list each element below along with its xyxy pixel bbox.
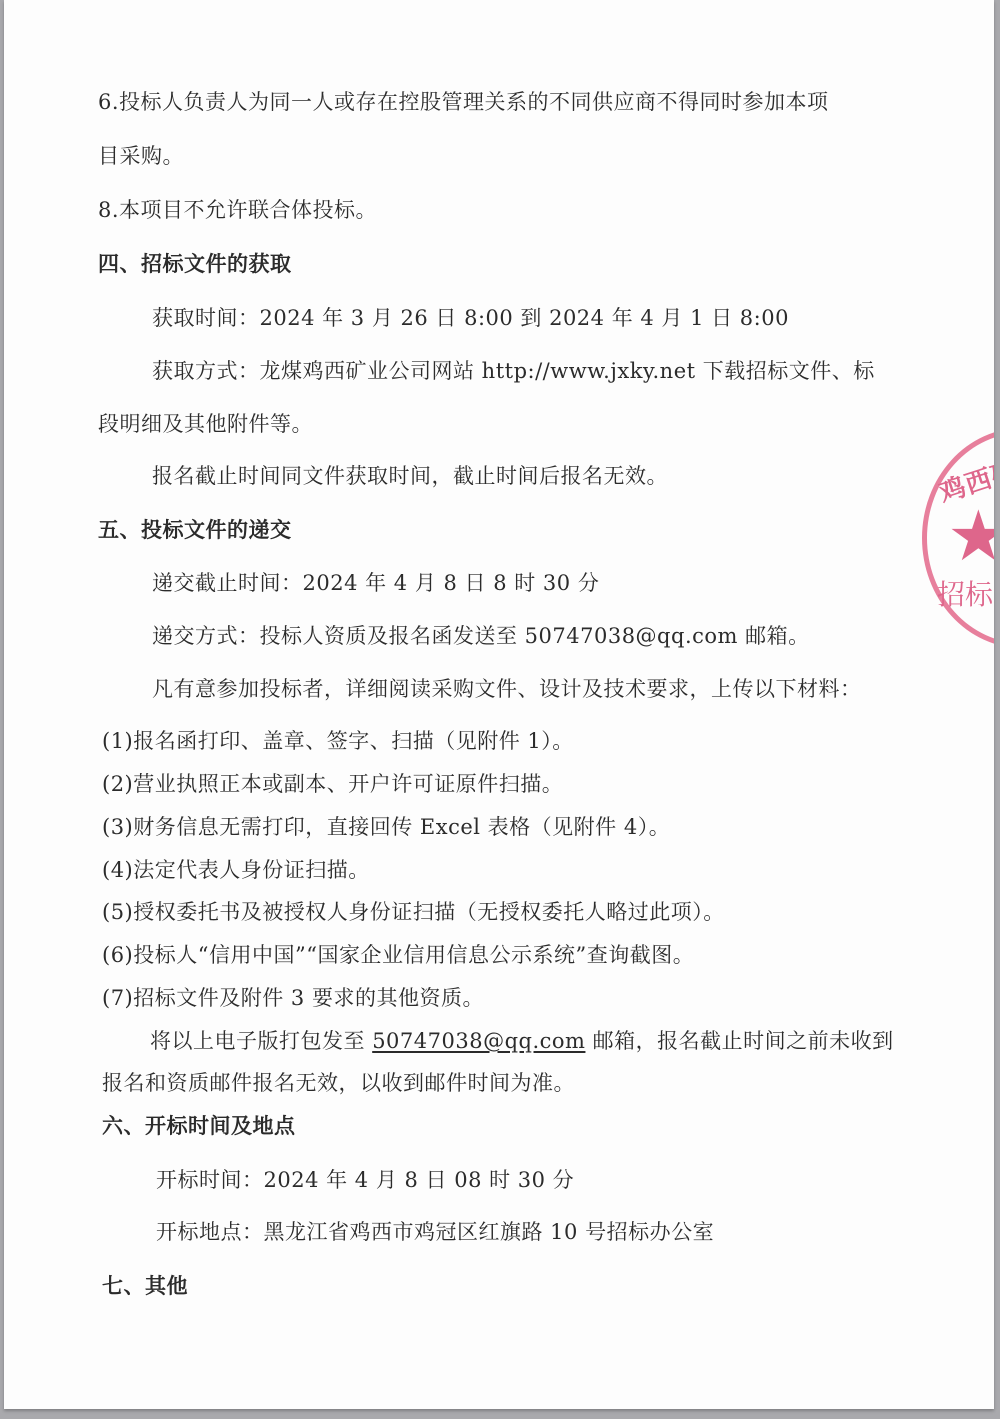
document-page: 6.投标人负责人为同一人或存在控股管理关系的不同供应商不得同时参加本项 目采购。…: [4, 0, 994, 1409]
official-seal-stamp: 鸡西矿业 ★ 招标办: [922, 428, 994, 648]
acquire-time: 获取时间：2024 年 3 月 26 日 8:00 到 2024 年 4 月 1…: [152, 304, 789, 332]
send-instructions-line-2: 报名和资质邮件报名无效，以收到邮件时间为准。: [102, 1069, 575, 1097]
section-7-title: 七、其他: [102, 1272, 188, 1300]
material-item-2: (2)营业执照正本或副本、开户许可证原件扫描。: [102, 770, 563, 798]
section-5-title: 五、投标文件的递交: [98, 516, 292, 544]
registration-deadline-note: 报名截止时间同文件获取时间，截止时间后报名无效。: [152, 462, 668, 490]
star-icon: ★: [947, 501, 994, 571]
acquire-method-line-2: 段明细及其他附件等。: [98, 410, 313, 438]
section-4-title: 四、招标文件的获取: [98, 250, 292, 278]
acquire-method-line-1: 获取方式：龙煤鸡西矿业公司网站 http://www.jxky.net 下载招标…: [152, 357, 875, 385]
send-instructions-line-1: 将以上电子版打包发至 50747038@qq.com 邮箱，报名截止时间之前未收…: [150, 1027, 894, 1055]
bid-opening-place: 开标地点：黑龙江省鸡西市鸡冠区红旗路 10 号招标办公室: [156, 1218, 714, 1246]
item-6-line-1: 6.投标人负责人为同一人或存在控股管理关系的不同供应商不得同时参加本项: [98, 88, 829, 116]
material-item-4: (4)法定代表人身份证扫描。: [102, 856, 370, 884]
submission-method: 递交方式：投标人资质及报名函发送至 50747038@qq.com 邮箱。: [152, 622, 810, 650]
item-8: 8.本项目不允许联合体投标。: [98, 196, 377, 224]
send-suffix: 邮箱，报名截止时间之前未收到: [585, 1029, 893, 1053]
material-item-5: (5)授权委托书及被授权人身份证扫描（无授权委托人略过此项）。: [102, 898, 725, 926]
stamp-bottom-text: 招标办: [937, 573, 994, 613]
email-link[interactable]: 50747038@qq.com: [372, 1029, 585, 1053]
bid-opening-time: 开标时间：2024 年 4 月 8 日 08 时 30 分: [156, 1166, 574, 1194]
item-6-line-2: 目采购。: [98, 142, 184, 170]
materials-intro: 凡有意参加投标者，详细阅读采购文件、设计及技术要求，上传以下材料：: [152, 675, 862, 703]
send-prefix: 将以上电子版打包发至: [150, 1029, 372, 1053]
material-item-7: (7)招标文件及附件 3 要求的其他资质。: [102, 984, 484, 1012]
material-item-1: (1)报名函打印、盖章、签字、扫描（见附件 1）。: [102, 727, 574, 755]
section-6-title: 六、开标时间及地点: [102, 1112, 296, 1140]
material-item-6: (6)投标人“信用中国”“国家企业信用信息公示系统”查询截图。: [102, 941, 694, 969]
material-item-3: (3)财务信息无需打印，直接回传 Excel 表格（见附件 4）。: [102, 813, 670, 841]
submission-deadline: 递交截止时间：2024 年 4 月 8 日 8 时 30 分: [152, 569, 599, 597]
